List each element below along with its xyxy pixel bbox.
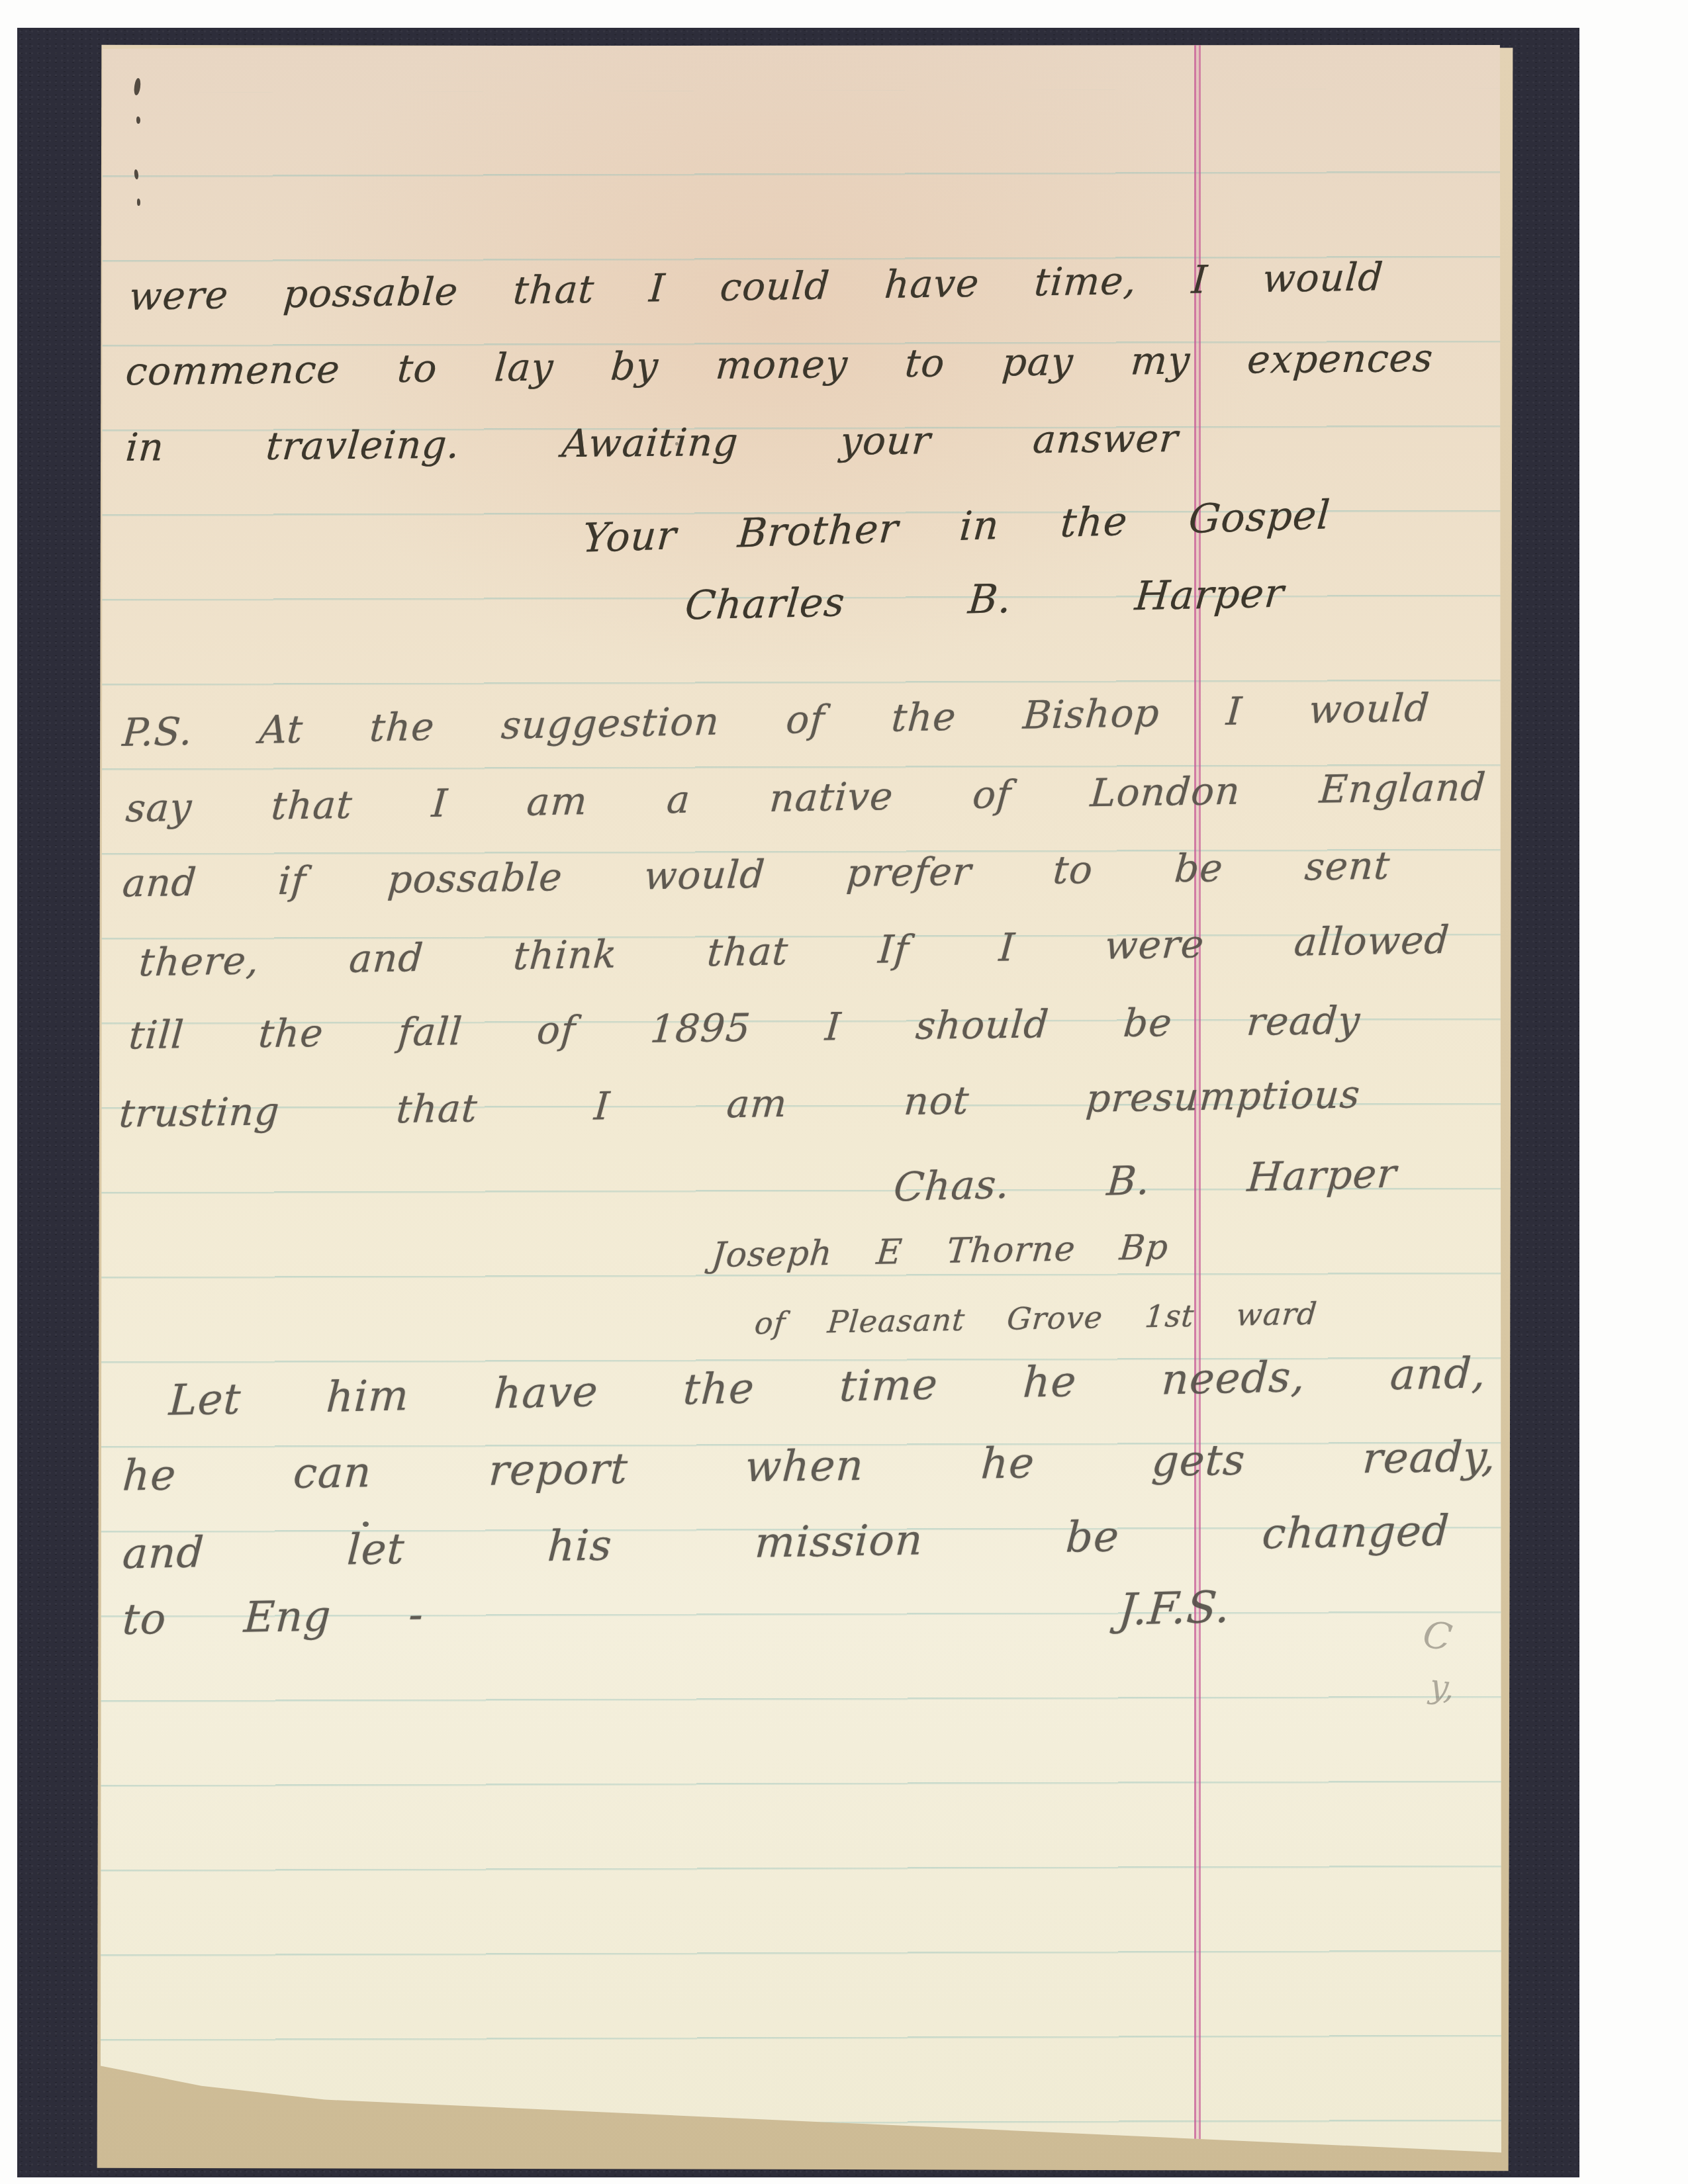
annotation-line: to Eng - [121, 1591, 425, 1645]
ink-spot [136, 116, 140, 124]
annotation-initials: J.F.S. [1117, 1578, 1372, 1635]
edge-pencil-mark: y, [1428, 1666, 1456, 1707]
endorsement-name: Joseph E Thorne Bp [710, 1228, 1170, 1276]
letter-body-line: in travleing. Awaiting your answer [124, 416, 1180, 470]
scanned-letter-page: were possable that I could have time, I … [0, 0, 1688, 2184]
ink-spot [137, 199, 140, 206]
